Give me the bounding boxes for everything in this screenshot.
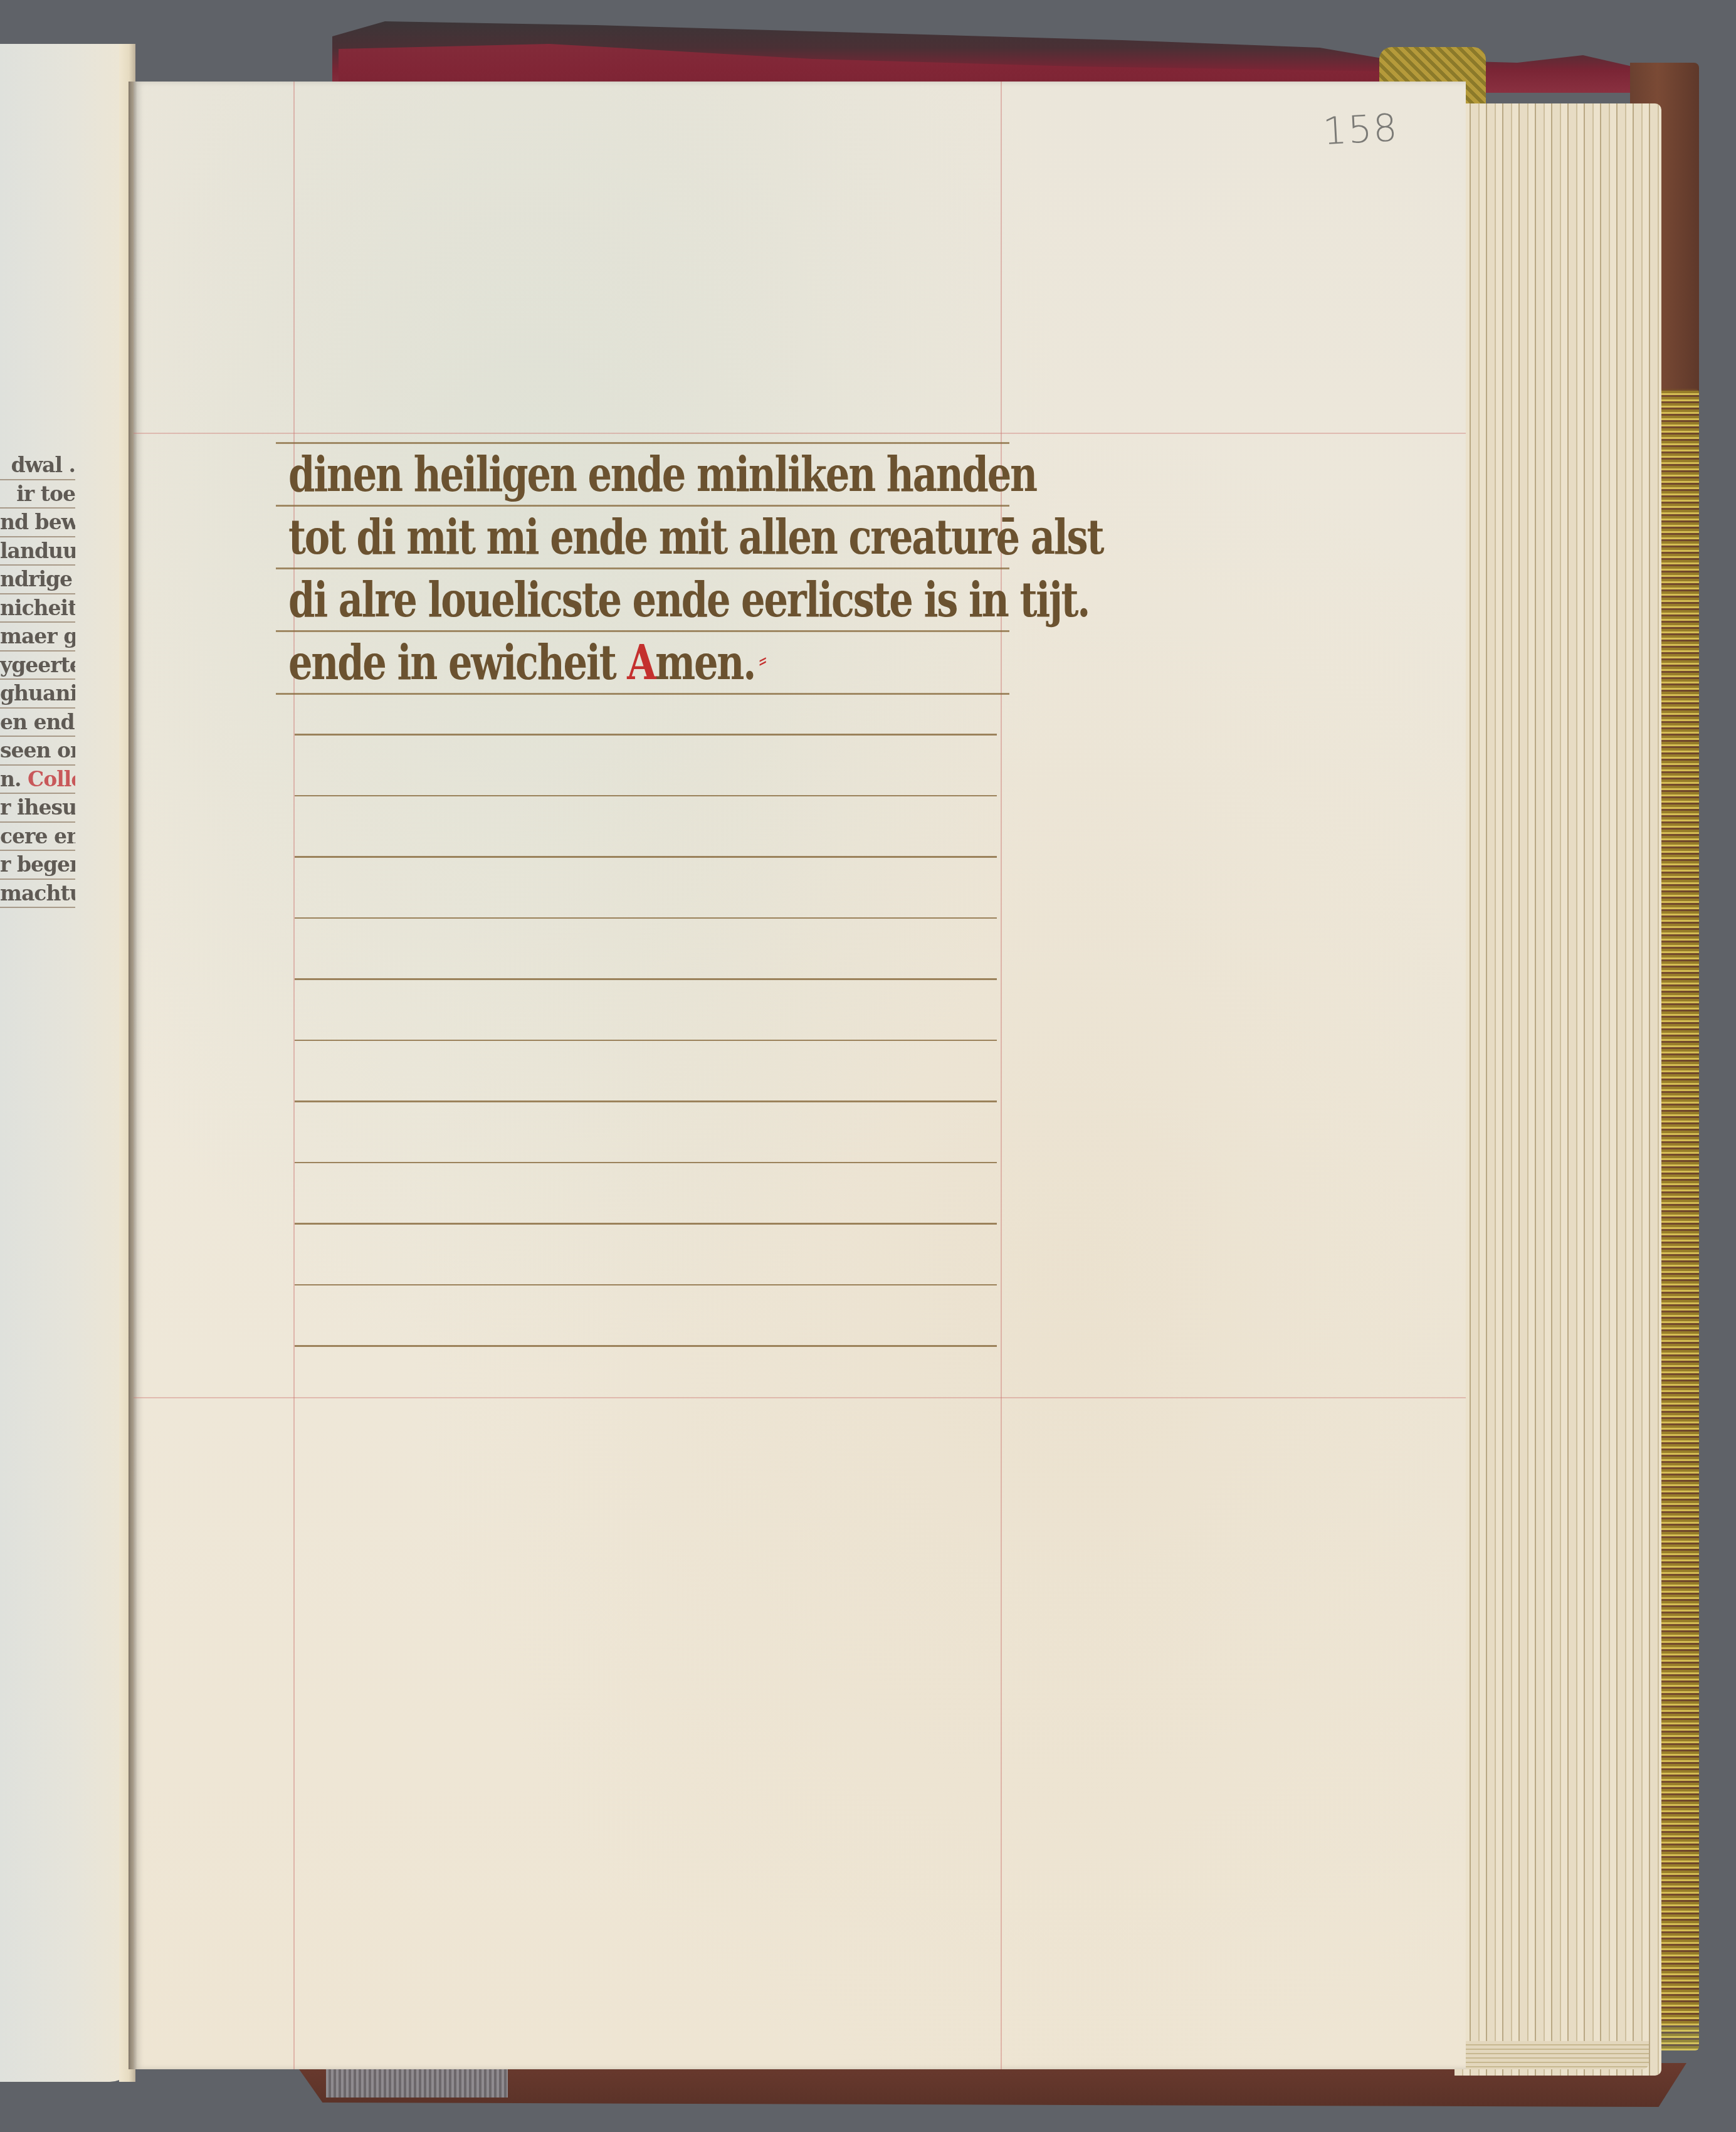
blank-rule [295,1223,997,1225]
line-filler-mark: ⸗ [759,645,767,674]
blank-rule [295,1040,997,1042]
text-line-content: ende in ewicheit Amen. [288,639,755,687]
rubricated-initial-a: A [627,635,655,691]
text-line: ende in ewicheit Amen. ⸗ [276,632,1009,695]
page-stack-fore-edge [1455,103,1661,2076]
blank-rule [295,1345,997,1347]
blank-rule [295,856,997,858]
verso-line: machtu [0,880,75,909]
text-block: dinen heiligen ende minliken handen tot … [276,442,1009,695]
verso-line: ndrige o [0,566,75,594]
blank-rule [295,1100,997,1102]
text-line-content: di alre louelicste ende eerlicste is in … [288,576,1089,624]
verso-line: en ende o [0,709,75,737]
verso-line: nicheit [0,594,75,623]
blank-rule [295,795,997,797]
verso-line: dwal . [0,451,75,480]
blank-rule [295,1284,997,1286]
ruling-right-margin [1001,82,1002,2069]
verso-text-column: dwal . ir toe nd bewa landuue ndrige o n… [0,451,75,908]
verso-line: ghuanie [0,680,75,709]
verso-line: r begere [0,851,75,880]
text-line: dinen heiligen ende minliken handen [276,442,1009,507]
blank-ruled-lines [295,734,997,1406]
verso-line: maer ghe [0,623,75,652]
text-line-content: tot di mit mi ende mit allen creaturē al… [288,514,1103,561]
rubric-collect: Collect [28,767,75,791]
text-line: di alre louelicste ende eerlicste is in … [276,569,1009,632]
silver-textile-remnant [326,2069,508,2098]
amen-word: men. [655,635,755,691]
blank-rule [295,734,997,736]
blank-rule [295,1162,997,1164]
text-line-content: dinen heiligen ende minliken handen [288,451,1036,499]
verso-line: ir toe [0,480,75,509]
closing-phrase: ende in ewicheit [288,635,615,691]
verso-line: r ihesu o [0,794,75,823]
folio-number: 158 [1322,106,1399,154]
verso-line: landuue [0,537,75,566]
verso-line: seen onse [0,737,75,766]
verso-rubric-prefix: n. [0,767,28,791]
gutter-shadow [129,82,137,2069]
verso-rubric-line: n. Collect [0,766,75,794]
verso-line: ygeerten op [0,652,75,680]
verso-line: nd bewa [0,509,75,537]
ruling-top-margin [134,433,1466,434]
blank-rule [295,917,997,919]
verso-line: cere ende [0,823,75,852]
verso-page [0,44,135,2082]
blank-rule [295,978,997,980]
text-line: tot di mit mi ende mit allen creaturē al… [276,507,1009,569]
